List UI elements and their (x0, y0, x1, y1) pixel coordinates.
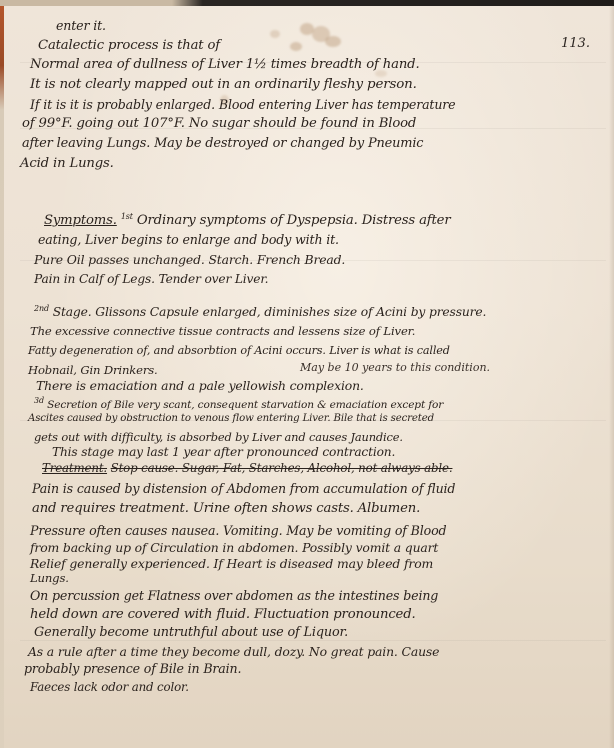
text-line: As a rule after a time they become dull,… (28, 644, 439, 659)
text-line: It is not clearly mapped out in an ordin… (30, 77, 417, 92)
text-line: Relief generally experienced. If Heart i… (30, 556, 433, 571)
stage-marker: 1st (121, 212, 133, 221)
symptoms-line: Symptoms. 1st Ordinary symptoms of Dyspe… (44, 212, 450, 228)
stain-mark (270, 30, 280, 38)
text-line: This stage may last 1 year after pronoun… (52, 445, 395, 459)
text-fragment: Stage. Glissons Capsule enlarged, dimini… (53, 305, 487, 319)
text-line: Faeces lack odor and color. (30, 680, 189, 694)
text-line: eating, Liver begins to enlarge and body… (38, 232, 339, 247)
symptoms-heading: Symptoms. (44, 213, 117, 228)
binding-edge (0, 6, 4, 748)
text-line: held down are covered with fluid. Fluctu… (30, 607, 416, 622)
scan-top-edge (0, 0, 614, 6)
text-line: The excessive connective tissue contract… (30, 324, 415, 338)
text-line: Ascites caused by obstruction to venous … (28, 413, 434, 424)
text-line: There is emaciation and a pale yellowish… (36, 378, 364, 393)
text-line: Lungs. (30, 571, 69, 585)
treatment-heading: Treatment. (42, 461, 107, 475)
text-line: Hobnail, Gin Drinkers. (28, 363, 158, 377)
text-line: Fatty degeneration of, and absorbtion of… (28, 344, 450, 357)
text-line: enter it. (56, 18, 106, 33)
treatment-struck-line: Treatment. Stop cause. Sugar, Fat, Starc… (42, 461, 452, 475)
stain-mark (290, 42, 302, 51)
page-right-edge (609, 6, 614, 748)
text-line: and requires treatment. Urine often show… (32, 501, 420, 516)
stage-marker: 3d (34, 396, 44, 405)
stage2-line: 2nd Stage. Glissons Capsule enlarged, di… (34, 304, 486, 319)
text-line: of 99°F. going out 107°F. No sugar shoul… (22, 116, 416, 131)
text-line: Pressure often causes nausea. Vomiting. … (30, 523, 446, 538)
margin-note: May be 10 years to this condition. (300, 361, 490, 374)
page-number: 113. (561, 36, 590, 51)
text-line: Catalectic process is that of (38, 38, 220, 53)
text-line: On percussion get Flatness over abdomen … (30, 588, 438, 603)
text-line: Acid in Lungs. (20, 156, 114, 171)
stage3-line: 3d Secretion of Bile very scant, consequ… (34, 396, 443, 411)
text-line: probably presence of Bile in Brain. (24, 661, 241, 676)
text-line: gets out with difficulty, is absorbed by… (34, 430, 403, 444)
text-line: Pain in Calf of Legs. Tender over Liver. (34, 272, 268, 286)
stain-mark (325, 36, 341, 47)
text-line: Normal area of dullness of Liver 1½ time… (30, 57, 420, 72)
text-line: from backing up of Circulation in abdome… (30, 540, 438, 555)
text-line: Pure Oil passes unchanged. Starch. Frenc… (34, 252, 345, 267)
text-fragment: Secretion of Bile very scant, consequent… (47, 399, 443, 411)
text-fragment: Ordinary symptoms of Dyspepsia. Distress… (137, 213, 451, 228)
struck-text: Stop cause. Sugar, Fat, Starches, Alcoho… (111, 461, 453, 475)
text-line: after leaving Lungs. May be destroyed or… (22, 136, 423, 151)
stage-marker: 2nd (34, 304, 49, 313)
text-line: Generally become untruthful about use of… (34, 625, 348, 640)
text-line: If it is it is probably enlarged. Blood … (30, 97, 455, 112)
text-line: Pain is caused by distension of Abdomen … (32, 481, 455, 496)
manuscript-page: 113. enter it. Catalectic process is tha… (0, 0, 614, 748)
